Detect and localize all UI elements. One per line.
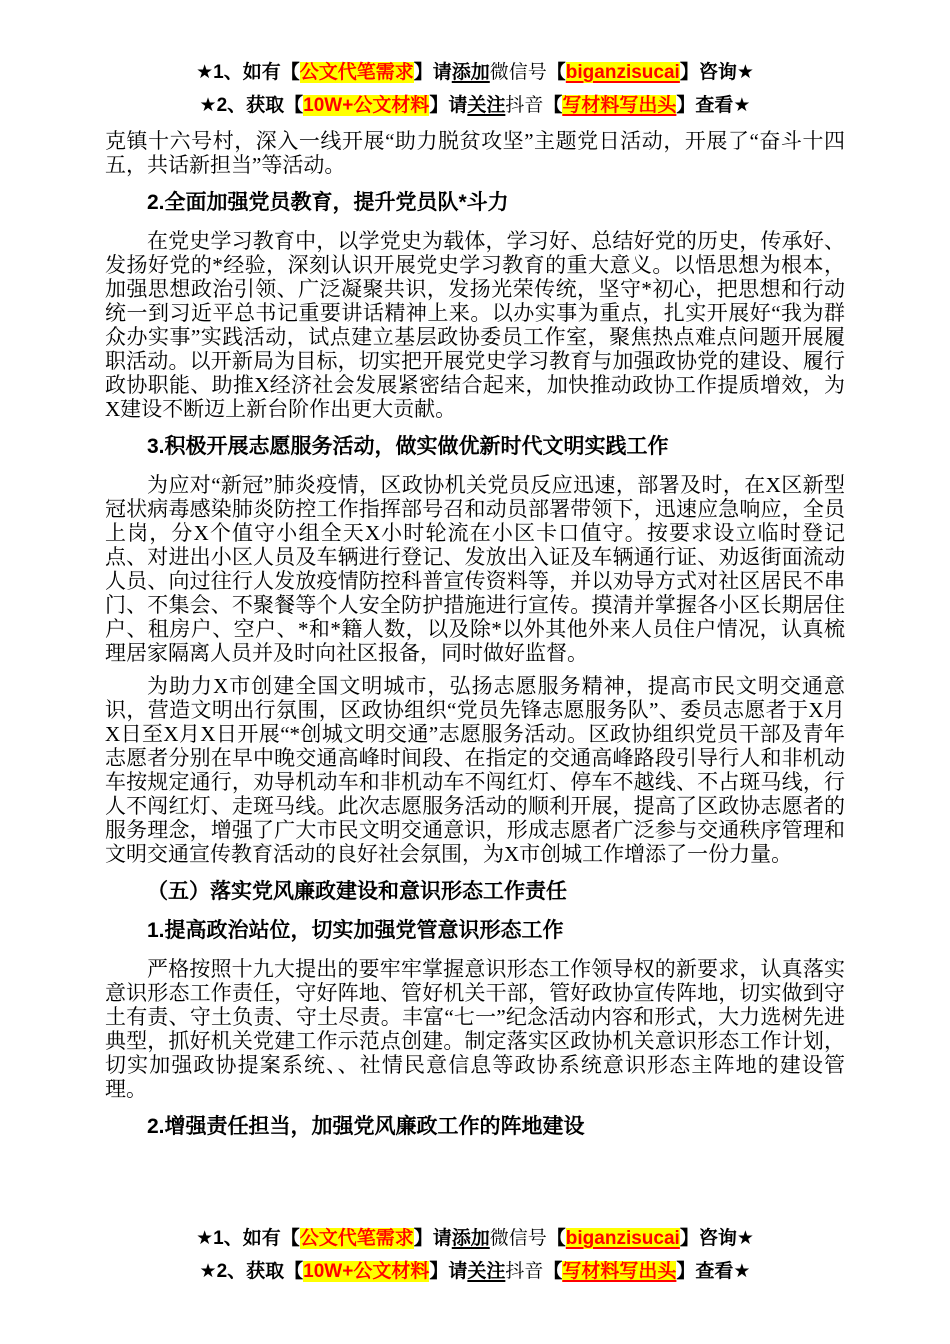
- document-body: 克镇十六号村，深入一线开展“助力脱贫攻坚”主题党日活动，开展了“奋斗十四五，共话…: [105, 129, 845, 1140]
- promo-footer: ★1、如有【公文代笔需求】请添加微信号【biganzisucai】咨询★ ★2、…: [105, 1222, 845, 1288]
- paragraph-epidemic-response: 为应对“新冠”肺炎疫情，区政协机关党员反应迅速，部署及时，在X区新型冠状病毒感染…: [105, 473, 845, 665]
- promo-highlight-material: 10W+公文材料: [303, 1261, 429, 1282]
- paragraph-continuation: 克镇十六号村，深入一线开展“助力脱贫攻坚”主题党日活动，开展了“奋斗十四五，共话…: [105, 129, 845, 177]
- promo-underline-follow: 关注: [467, 1261, 505, 1282]
- promo-header: ★1、如有【公文代笔需求】请添加微信号【biganzisucai】咨询★ ★2、…: [105, 56, 845, 122]
- promo-highlight-material: 10W+公文材料: [303, 95, 429, 116]
- promo-highlight-service-need: 公文代笔需求: [300, 62, 414, 83]
- promo-suffix: 】咨询★: [680, 1228, 754, 1249]
- promo-suffix: 】查看★: [676, 95, 750, 116]
- content-column: ★1、如有【公文代笔需求】请添加微信号【biganzisucai】咨询★ ★2、…: [105, 56, 845, 1153]
- promo-bracket-text: 】请: [414, 1228, 452, 1249]
- promo-prefix: ★2、获取【: [200, 95, 304, 116]
- promo-bracket-open: 【: [547, 1228, 566, 1249]
- promo-footer-line-2: ★2、获取【10W+公文材料】请关注抖音【写材料写出头】查看★: [105, 1255, 845, 1288]
- promo-bracket-text: 】请: [429, 1261, 467, 1282]
- promo-prefix: ★2、获取【: [200, 1261, 304, 1282]
- promo-highlight-service-need: 公文代笔需求: [300, 1228, 414, 1249]
- promo-prefix: ★1、如有【: [196, 1228, 300, 1249]
- promo-suffix: 】咨询★: [680, 62, 754, 83]
- promo-douyin-label: 抖音: [505, 95, 543, 116]
- paragraph-ideology-responsibility: 严格按照十九大提出的要牢牢掌握意识形态工作领导权的新要求，认真落实意识形态工作责…: [105, 957, 845, 1101]
- promo-bracket-open: 【: [547, 62, 566, 83]
- promo-bracket-text: 】请: [414, 62, 452, 83]
- promo-header-line-1: ★1、如有【公文代笔需求】请添加微信号【biganzisucai】咨询★: [105, 56, 845, 89]
- promo-underline-follow: 关注: [467, 95, 505, 116]
- heading-section-five: （五）落实党风廉政建设和意识形态工作责任: [105, 879, 845, 905]
- promo-bracket-text: 】请: [429, 95, 467, 116]
- document-page: ★1、如有【公文代笔需求】请添加微信号【biganzisucai】咨询★ ★2、…: [0, 0, 950, 1344]
- promo-highlight-douyin-id: 写材料写出头: [562, 95, 676, 116]
- promo-douyin-label: 抖音: [505, 1261, 543, 1282]
- heading-ideology-work: 1.提高政治站位，切实加强党管意识形态工作: [105, 918, 845, 944]
- promo-wechat-label: 微信号: [490, 62, 547, 83]
- promo-prefix: ★1、如有【: [196, 62, 300, 83]
- promo-highlight-wechat-id: biganzisucai: [566, 62, 680, 83]
- promo-header-line-2: ★2、获取【10W+公文材料】请关注抖音【写材料写出头】查看★: [105, 89, 845, 122]
- promo-suffix: 】查看★: [676, 1261, 750, 1282]
- promo-underline-add: 添加: [452, 1228, 490, 1249]
- promo-bracket-open: 【: [543, 95, 562, 116]
- heading-integrity-construction: 2.增强责任担当，加强党风廉政工作的阵地建设: [105, 1114, 845, 1140]
- promo-wechat-label: 微信号: [490, 1228, 547, 1249]
- promo-footer-line-1: ★1、如有【公文代笔需求】请添加微信号【biganzisucai】咨询★: [105, 1222, 845, 1255]
- promo-highlight-wechat-id: biganzisucai: [566, 1228, 680, 1249]
- promo-highlight-douyin-id: 写材料写出头: [562, 1261, 676, 1282]
- heading-volunteer-service: 3.积极开展志愿服务活动，做实做优新时代文明实践工作: [105, 434, 845, 460]
- promo-underline-add: 添加: [452, 62, 490, 83]
- paragraph-civilized-city: 为助力X市创建全国文明城市，弘扬志愿服务精神，提高市民文明交通意识，营造文明出行…: [105, 674, 845, 866]
- paragraph-party-history-study: 在党史学习教育中，以学党史为载体，学习好、总结好党的历史，传承好、发扬好党的*经…: [105, 229, 845, 421]
- heading-party-member-education: 2.全面加强党员教育，提升党员队*斗力: [105, 190, 845, 216]
- promo-bracket-open: 【: [543, 1261, 562, 1282]
